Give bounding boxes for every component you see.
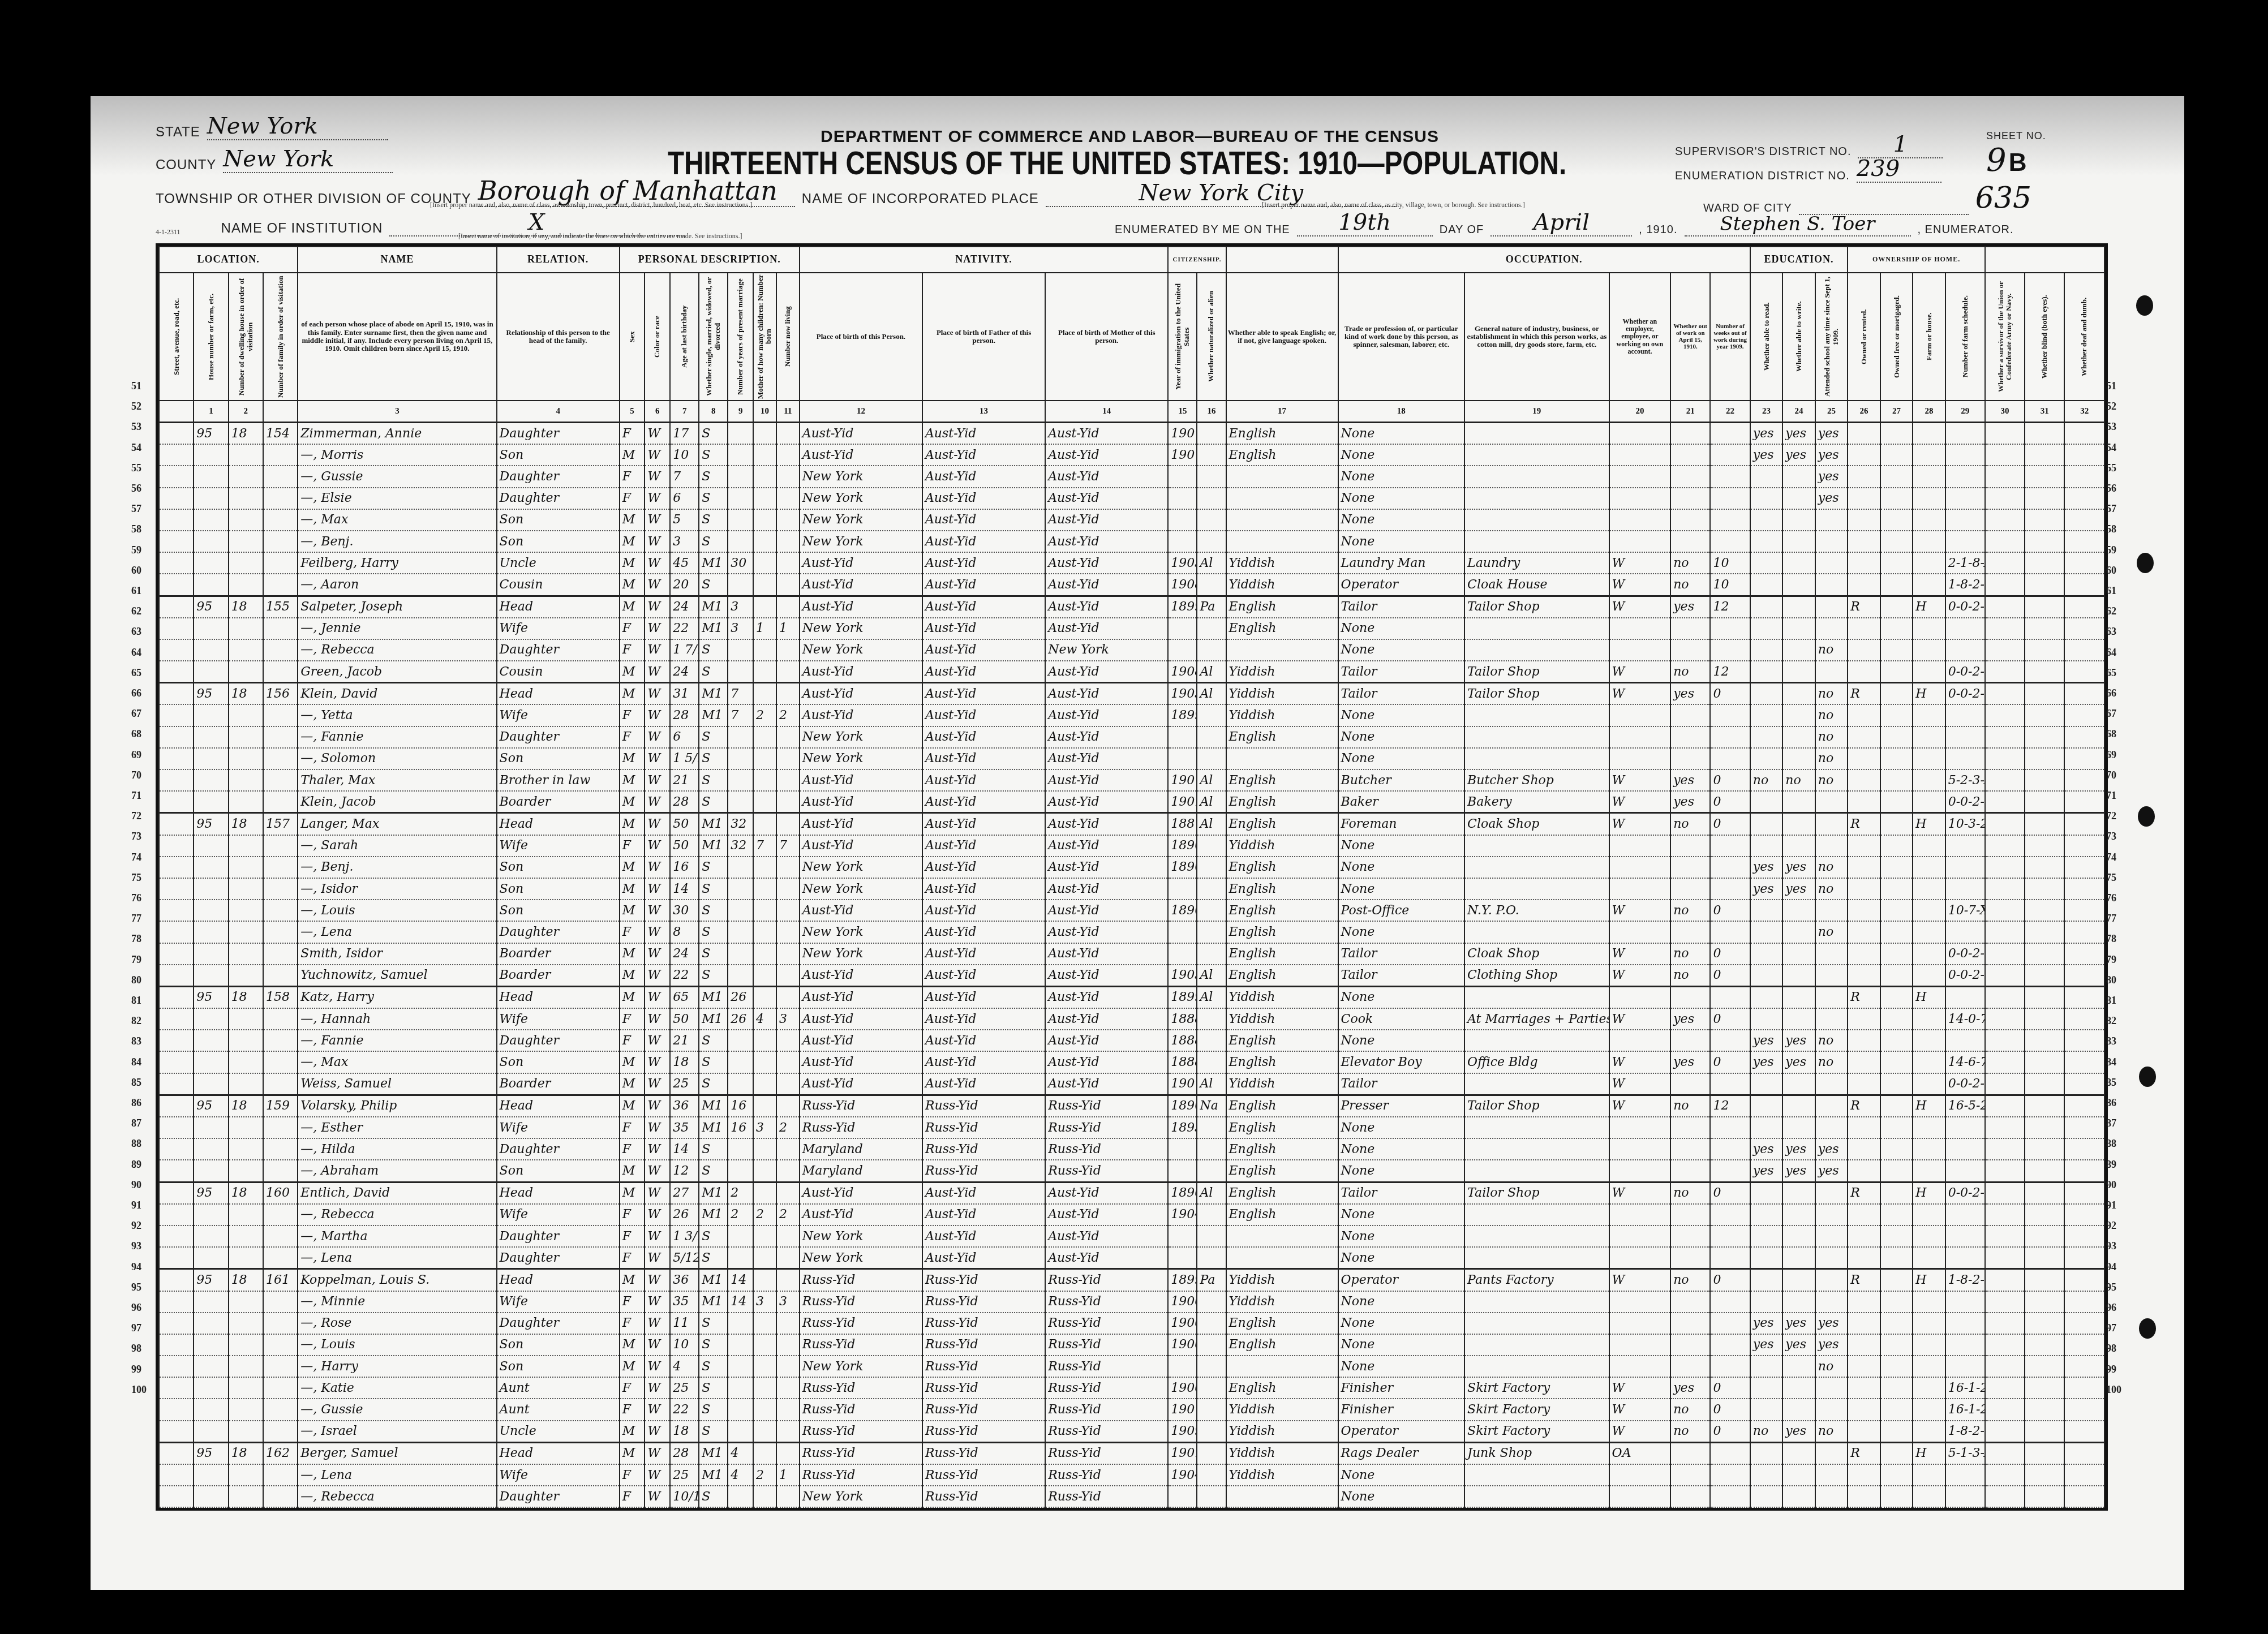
cell-name: Katz, Harry xyxy=(298,986,496,1008)
cell-free xyxy=(1880,509,1913,531)
cell-fpob: Aust-Yid xyxy=(922,835,1045,857)
cell-imm xyxy=(1168,1225,1197,1247)
cell-free xyxy=(1880,1247,1913,1269)
cell-read: no xyxy=(1750,1421,1782,1443)
cell-empty xyxy=(2025,1030,2064,1051)
cell-empty xyxy=(159,1356,194,1377)
cell-free xyxy=(1880,900,1913,921)
cell-emp xyxy=(1609,835,1671,857)
cell-occ: None xyxy=(1338,1334,1465,1356)
cell-emp: W xyxy=(1609,661,1671,683)
cell-lang: English xyxy=(1226,423,1338,445)
cell-write xyxy=(1782,835,1815,857)
cell-fpob: Aust-Yid xyxy=(922,986,1045,1008)
cell-wk xyxy=(1710,921,1750,943)
cell-fh: H xyxy=(1913,1182,1945,1204)
cell-name: —, Yetta xyxy=(298,704,496,726)
cell-name: —, Benj. xyxy=(298,531,496,552)
cell-pob: Russ-Yid xyxy=(800,1291,922,1313)
table-row: Weiss, SamuelBoarderMW25SAust-YidAust-Yi… xyxy=(159,1073,2104,1095)
cell-occ: None xyxy=(1338,1204,1465,1225)
line-number: 51 xyxy=(2106,380,2116,392)
cell-imm: 1903 xyxy=(1168,965,1197,987)
cell-yrs: 7 xyxy=(728,704,753,726)
cell-pob: Maryland xyxy=(800,1138,922,1160)
cell-dwell xyxy=(229,1291,263,1313)
cell-code xyxy=(1945,444,1985,466)
cell-write: yes xyxy=(1782,1051,1815,1073)
cell-sch xyxy=(1815,618,1848,639)
cell-own xyxy=(1848,1313,1880,1334)
cell-fam xyxy=(263,857,298,878)
cell-empty xyxy=(2064,509,2104,531)
cell-yrs xyxy=(728,943,753,965)
cell-empty xyxy=(159,1030,194,1051)
cell-born xyxy=(753,683,776,705)
cell-pob: Russ-Yid xyxy=(800,1334,922,1356)
cell-pob: Aust-Yid xyxy=(800,835,922,857)
cell-empty xyxy=(159,835,194,857)
line-number: 57 xyxy=(2106,503,2116,515)
col-children-living: Number now living xyxy=(776,273,800,401)
cell-empty xyxy=(1985,1313,2025,1334)
cell-age: 45 xyxy=(670,552,699,574)
cell-wk xyxy=(1710,1160,1750,1182)
cell-fam xyxy=(263,444,298,466)
cell-living xyxy=(776,1182,800,1204)
cell-dwell xyxy=(229,1160,263,1182)
cell-name: —, Elsie xyxy=(298,488,496,509)
cell-name: —, Abraham xyxy=(298,1160,496,1182)
cell-pob: Aust-Yid xyxy=(800,965,922,987)
cell-empty xyxy=(2025,552,2064,574)
cell-empty xyxy=(2064,1008,2104,1030)
cell-ind xyxy=(1464,1225,1609,1247)
cell-living xyxy=(776,1356,800,1377)
line-number: 89 xyxy=(2106,1159,2116,1171)
cell-free xyxy=(1880,1399,1913,1420)
cell-code: 0-0-2-2 xyxy=(1945,661,1985,683)
table-row: Green, JacobCousinMW24SAust-YidAust-YidA… xyxy=(159,661,2104,683)
cell-born xyxy=(753,574,776,596)
cell-house: 95 xyxy=(194,1182,228,1204)
col-street: Street, avenue, road, etc. xyxy=(159,273,194,401)
cell-mpob: Aust-Yid xyxy=(1045,1247,1168,1269)
cell-sch: no xyxy=(1815,921,1848,943)
cell-lang: Yiddish xyxy=(1226,1291,1338,1313)
cell-emp: W xyxy=(1609,769,1671,791)
cell-yrs xyxy=(728,1334,753,1356)
cell-fpob: Russ-Yid xyxy=(922,1117,1045,1138)
township-instructions: [Insert proper name and, also, name of c… xyxy=(430,201,752,209)
cell-sex: F xyxy=(620,466,645,487)
cell-age: 22 xyxy=(670,965,699,987)
cell-empty xyxy=(2064,683,2104,705)
col-number xyxy=(263,401,298,423)
cell-race: W xyxy=(645,943,670,965)
cell-empty xyxy=(1985,1377,2025,1399)
cell-dwell: 18 xyxy=(229,813,263,835)
cell-born xyxy=(753,965,776,987)
cell-emp xyxy=(1609,639,1671,661)
cell-nat xyxy=(1197,900,1226,921)
cell-read xyxy=(1750,509,1782,531)
cell-pob: Aust-Yid xyxy=(800,552,922,574)
cell-age: 21 xyxy=(670,769,699,791)
cell-fpob: Aust-Yid xyxy=(922,639,1045,661)
group-name: NAME xyxy=(298,247,496,273)
cell-mpob: Russ-Yid xyxy=(1045,1117,1168,1138)
col-number: 16 xyxy=(1197,401,1226,423)
cell-born xyxy=(753,1421,776,1443)
cell-yrs xyxy=(728,488,753,509)
cell-code xyxy=(1945,1160,1985,1182)
cell-pob: Aust-Yid xyxy=(800,596,922,618)
cell-fpob: Aust-Yid xyxy=(922,1182,1045,1204)
cell-lang: English xyxy=(1226,813,1338,835)
cell-code xyxy=(1945,1138,1985,1160)
cell-born xyxy=(753,509,776,531)
cell-write: yes xyxy=(1782,423,1815,445)
cell-mpob: Russ-Yid xyxy=(1045,1399,1168,1420)
cell-nat: Al xyxy=(1197,552,1226,574)
cell-fh xyxy=(1913,1204,1945,1225)
cell-fpob: Aust-Yid xyxy=(922,726,1045,748)
cell-empty xyxy=(159,1160,194,1182)
line-number: 99 xyxy=(2106,1364,2116,1375)
cell-empty xyxy=(2064,1030,2104,1051)
cell-write xyxy=(1782,900,1815,921)
cell-pob: Aust-Yid xyxy=(800,423,922,445)
cell-living xyxy=(776,1442,800,1464)
table-row: 9518158Katz, HarryHeadMW65M126Aust-YidAu… xyxy=(159,986,2104,1008)
col-number: 17 xyxy=(1226,401,1338,423)
cell-dwell xyxy=(229,748,263,769)
cell-house xyxy=(194,444,228,466)
line-number: 85 xyxy=(2106,1077,2116,1089)
cell-emp xyxy=(1609,1225,1671,1247)
cell-ow xyxy=(1670,1204,1710,1225)
cell-occ: None xyxy=(1338,1486,1465,1507)
enumeration-district-field: Enumeration District No. 239 xyxy=(1675,156,1941,183)
cell-sex: M xyxy=(620,986,645,1008)
cell-yrs xyxy=(728,1356,753,1377)
col-number: 6 xyxy=(645,401,670,423)
cell-own: R xyxy=(1848,1095,1880,1117)
cell-empty xyxy=(2064,1313,2104,1334)
col-number: 1 xyxy=(194,401,228,423)
cell-code xyxy=(1945,466,1985,487)
cell-imm: 1890 xyxy=(1168,1095,1197,1117)
cell-empty xyxy=(159,769,194,791)
line-number: 60 xyxy=(131,565,141,577)
cell-living xyxy=(776,509,800,531)
cell-dwell xyxy=(229,921,263,943)
col-number: 12 xyxy=(800,401,922,423)
cell-fam: 160 xyxy=(263,1182,298,1204)
cell-pob: Aust-Yid xyxy=(800,683,922,705)
cell-empty xyxy=(2025,1073,2064,1095)
cell-occ: Rags Dealer xyxy=(1338,1442,1465,1464)
line-number: 80 xyxy=(2106,974,2116,986)
cell-write: yes xyxy=(1782,1138,1815,1160)
cell-fam xyxy=(263,1334,298,1356)
cell-rel: Wife xyxy=(497,835,620,857)
cell-lang: English xyxy=(1226,1095,1338,1117)
cell-write xyxy=(1782,986,1815,1008)
cell-mpob: Aust-Yid xyxy=(1045,531,1168,552)
cell-ms: S xyxy=(699,965,728,987)
cell-mpob: Russ-Yid xyxy=(1045,1160,1168,1182)
cell-lang: English xyxy=(1226,1204,1338,1225)
cell-fpob: Russ-Yid xyxy=(922,1377,1045,1399)
cell-age: 31 xyxy=(670,683,699,705)
cell-read: yes xyxy=(1750,423,1782,445)
cell-ind: Cloak Shop xyxy=(1464,813,1609,835)
cell-house: 95 xyxy=(194,683,228,705)
cell-empty xyxy=(2064,639,2104,661)
cell-nat: Na xyxy=(1197,1095,1226,1117)
cell-fam xyxy=(263,1399,298,1420)
cell-rel: Daughter xyxy=(497,488,620,509)
cell-free xyxy=(1880,1442,1913,1464)
cell-name: —, Jennie xyxy=(298,618,496,639)
col-veteran: Whether a survivor of the Union or Confe… xyxy=(1985,273,2025,401)
cell-ind: Cloak House xyxy=(1464,574,1609,596)
cell-empty xyxy=(2025,488,2064,509)
cell-fam xyxy=(263,1051,298,1073)
cell-fh xyxy=(1913,1247,1945,1269)
cell-empty xyxy=(1985,618,2025,639)
cell-lang: Yiddish xyxy=(1226,835,1338,857)
cell-name: —, Rebecca xyxy=(298,1204,496,1225)
cell-house xyxy=(194,857,228,878)
cell-own xyxy=(1848,965,1880,987)
cell-house xyxy=(194,1377,228,1399)
cell-lang xyxy=(1226,466,1338,487)
col-number: 4 xyxy=(497,401,620,423)
cell-imm: 1890 xyxy=(1168,857,1197,878)
cell-free xyxy=(1880,1225,1913,1247)
cell-read: yes xyxy=(1750,1160,1782,1182)
cell-free xyxy=(1880,1486,1913,1507)
cell-fam: 155 xyxy=(263,596,298,618)
cell-occ: None xyxy=(1338,1117,1465,1138)
cell-mpob: Aust-Yid xyxy=(1045,1030,1168,1051)
table-row: —, AaronCousinMW20SAust-YidAust-YidAust-… xyxy=(159,574,2104,596)
cell-ms: M1 xyxy=(699,596,728,618)
cell-ms: M1 xyxy=(699,1117,728,1138)
cell-code xyxy=(1945,1030,1985,1051)
cell-free xyxy=(1880,531,1913,552)
cell-yrs xyxy=(728,444,753,466)
col-number: 25 xyxy=(1815,401,1848,423)
table-row: Smith, IsidorBoarderMW24SNew YorkAust-Yi… xyxy=(159,943,2104,965)
cell-ind: Cloak Shop xyxy=(1464,943,1609,965)
cell-sex: F xyxy=(620,1117,645,1138)
cell-code xyxy=(1945,1204,1985,1225)
cell-born xyxy=(753,1399,776,1420)
cell-living xyxy=(776,488,800,509)
cell-occ: Cook xyxy=(1338,1008,1465,1030)
cell-read: yes xyxy=(1750,1138,1782,1160)
cell-occ: None xyxy=(1338,1313,1465,1334)
cell-free xyxy=(1880,1291,1913,1313)
cell-yrs xyxy=(728,1160,753,1182)
cell-code xyxy=(1945,986,1985,1008)
cell-own xyxy=(1848,704,1880,726)
cell-sex: M xyxy=(620,574,645,596)
cell-empty xyxy=(1985,1008,2025,1030)
cell-born xyxy=(753,488,776,509)
cell-emp: W xyxy=(1609,552,1671,574)
table-row: —, ElsieDaughterFW6SNew YorkAust-YidAust… xyxy=(159,488,2104,509)
cell-pob: Maryland xyxy=(800,1160,922,1182)
cell-empty xyxy=(159,900,194,921)
cell-living xyxy=(776,1160,800,1182)
cell-rel: Cousin xyxy=(497,574,620,596)
cell-code: 10-3-2-2 xyxy=(1945,813,1985,835)
department-heading: DEPARTMENT OF COMMERCE AND LABOR—BUREAU … xyxy=(821,127,1439,147)
cell-age: 36 xyxy=(670,1269,699,1291)
cell-fam xyxy=(263,1138,298,1160)
cell-pob: New York xyxy=(800,466,922,487)
cell-write xyxy=(1782,488,1815,509)
cell-code: 2-1-8-X xyxy=(1945,552,1985,574)
cell-living xyxy=(776,857,800,878)
cell-ow xyxy=(1670,488,1710,509)
sheet-number-value: 9 xyxy=(1986,142,2007,179)
cell-emp: W xyxy=(1609,1269,1671,1291)
cell-write: yes xyxy=(1782,1334,1815,1356)
cell-empty xyxy=(2064,1225,2104,1247)
cell-race: W xyxy=(645,1030,670,1051)
cell-empty xyxy=(159,813,194,835)
cell-empty xyxy=(1985,1247,2025,1269)
cell-empty xyxy=(1985,683,2025,705)
cell-free xyxy=(1880,552,1913,574)
cell-nat: Al xyxy=(1197,791,1226,813)
cell-born: 1 xyxy=(753,618,776,639)
cell-empty xyxy=(1985,943,2025,965)
cell-yrs: 7 xyxy=(728,683,753,705)
cell-empty xyxy=(159,726,194,748)
line-number: 86 xyxy=(2106,1097,2116,1109)
cell-rel: Uncle xyxy=(497,552,620,574)
cell-imm xyxy=(1168,618,1197,639)
cell-fh xyxy=(1913,1486,1945,1507)
cell-ow: yes xyxy=(1670,1051,1710,1073)
cell-code: 10-7-X-7 xyxy=(1945,900,1985,921)
cell-code: 0-0-2-2 xyxy=(1945,1073,1985,1095)
cell-occ: None xyxy=(1338,748,1465,769)
cell-ind: Tailor Shop xyxy=(1464,1095,1609,1117)
cell-code xyxy=(1945,1247,1985,1269)
cell-empty xyxy=(1985,857,2025,878)
line-number: 90 xyxy=(131,1179,141,1191)
cell-dwell xyxy=(229,1399,263,1420)
col-immigration: Year of immigration to the United States xyxy=(1168,273,1197,401)
cell-wk: 0 xyxy=(1710,1008,1750,1030)
cell-fpob: Aust-Yid xyxy=(922,748,1045,769)
cell-ow xyxy=(1670,444,1710,466)
cell-sex: M xyxy=(620,900,645,921)
cell-empty xyxy=(1985,726,2025,748)
cell-imm: 1901 xyxy=(1168,791,1197,813)
cell-wk xyxy=(1710,531,1750,552)
cell-emp: W xyxy=(1609,683,1671,705)
cell-write xyxy=(1782,1356,1815,1377)
cell-empty xyxy=(2064,1334,2104,1356)
cell-wk xyxy=(1710,1225,1750,1247)
cell-write xyxy=(1782,1399,1815,1420)
line-number: 75 xyxy=(131,872,141,884)
cell-empty xyxy=(1985,1442,2025,1464)
cell-ow xyxy=(1670,1117,1710,1138)
cell-ind xyxy=(1464,986,1609,1008)
cell-free xyxy=(1880,488,1913,509)
cell-race: W xyxy=(645,531,670,552)
cell-rel: Boarder xyxy=(497,943,620,965)
cell-yrs xyxy=(728,921,753,943)
cell-race: W xyxy=(645,1204,670,1225)
cell-ind: Junk Shop xyxy=(1464,1442,1609,1464)
col-relation: Relationship of this person to the head … xyxy=(497,273,620,401)
cell-empty xyxy=(2064,1442,2104,1464)
cell-fh xyxy=(1913,1356,1945,1377)
cell-empty xyxy=(2064,986,2104,1008)
cell-emp: W xyxy=(1609,1182,1671,1204)
cell-occ: Baker xyxy=(1338,791,1465,813)
table-row: —, RebeccaWifeFW26M1222Aust-YidAust-YidA… xyxy=(159,1204,2104,1225)
cell-mpob: Aust-Yid xyxy=(1045,704,1168,726)
cell-empty xyxy=(2025,1291,2064,1313)
table-row: —, MaxSonMW5SNew YorkAust-YidAust-YidNon… xyxy=(159,509,2104,531)
cell-nat xyxy=(1197,1421,1226,1443)
line-number: 68 xyxy=(131,728,141,740)
cell-mpob: Russ-Yid xyxy=(1045,1442,1168,1464)
cell-pob: New York xyxy=(800,857,922,878)
cell-empty xyxy=(159,444,194,466)
group-citizenship: CITIZENSHIP. xyxy=(1168,247,1226,273)
cell-imm: 1904 xyxy=(1168,1204,1197,1225)
cell-read: yes xyxy=(1750,1334,1782,1356)
cell-pob: Russ-Yid xyxy=(800,1464,922,1486)
cell-dwell xyxy=(229,1008,263,1030)
cell-age: 1 3/12 xyxy=(670,1225,699,1247)
cell-empty xyxy=(2064,791,2104,813)
col-number: 5 xyxy=(620,401,645,423)
cell-fam xyxy=(263,921,298,943)
cell-empty xyxy=(2064,423,2104,445)
cell-fh xyxy=(1913,1117,1945,1138)
cell-fh xyxy=(1913,835,1945,857)
cell-nat: Al xyxy=(1197,1073,1226,1095)
cell-empty xyxy=(1985,704,2025,726)
cell-age: 35 xyxy=(670,1117,699,1138)
cell-fpob: Russ-Yid xyxy=(922,1334,1045,1356)
cell-name: —, Benj. xyxy=(298,857,496,878)
cell-empty xyxy=(2025,1269,2064,1291)
cell-empty xyxy=(2064,596,2104,618)
cell-rel: Son xyxy=(497,1051,620,1073)
cell-fpob: Aust-Yid xyxy=(922,965,1045,987)
cell-ow xyxy=(1670,466,1710,487)
cell-fpob: Aust-Yid xyxy=(922,704,1045,726)
cell-sex: F xyxy=(620,921,645,943)
cell-occ: None xyxy=(1338,1291,1465,1313)
cell-empty xyxy=(2064,444,2104,466)
